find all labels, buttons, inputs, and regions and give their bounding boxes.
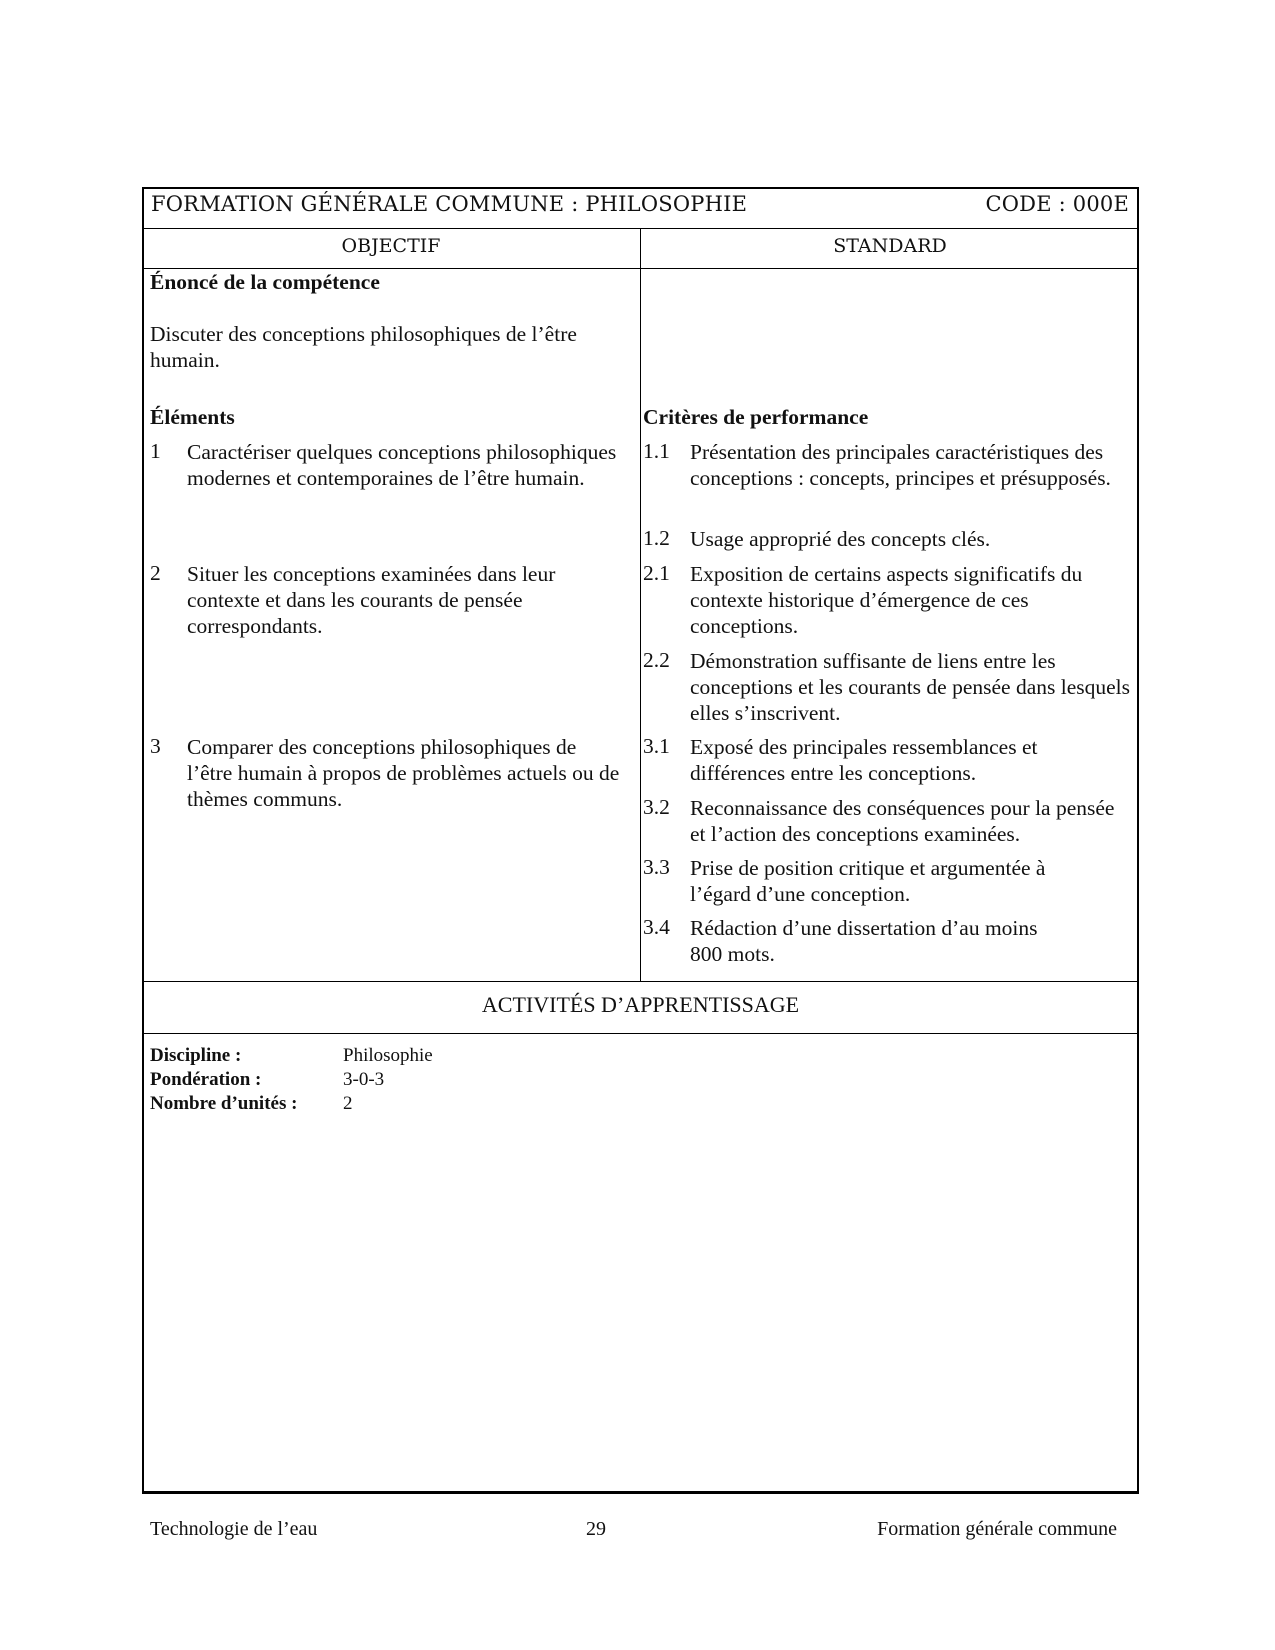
activites-title: ACTIVITÉS D’APPRENTISSAGE: [142, 992, 1139, 1018]
critere-text: Prise de position critique et argumentée…: [690, 855, 1110, 907]
meta-row-ponderation: Pondération :3-0-3: [150, 1068, 384, 1092]
critere-text: Rédaction d’une dissertation d’au moins …: [690, 915, 1075, 967]
divider-activities-top: [142, 981, 1139, 982]
element-number: 3: [150, 734, 161, 759]
meta-value: Philosophie: [343, 1045, 433, 1066]
critere-number: 3.3: [643, 855, 670, 880]
critere-text: Démonstration suffisante de liens entre …: [690, 648, 1130, 726]
critere-text: Présentation des principales caractérist…: [690, 439, 1130, 491]
course-code: CODE : 000E: [986, 192, 1130, 216]
competence-title: Énoncé de la compétence: [150, 270, 380, 295]
criteres-title: Critères de performance: [643, 405, 868, 430]
column-header-objectif: OBJECTIF: [142, 235, 640, 257]
critere-number: 3.2: [643, 795, 670, 820]
meta-label: Discipline :: [150, 1044, 343, 1068]
meta-row-discipline: Discipline :Philosophie: [150, 1044, 433, 1068]
element-text: Situer les conceptions examinées dans le…: [187, 561, 607, 639]
meta-label: Nombre d’unités :: [150, 1092, 343, 1116]
critere-text: Reconnaissance des conséquences pour la …: [690, 795, 1135, 847]
critere-number: 1.1: [643, 439, 670, 464]
elements-title: Éléments: [150, 405, 235, 430]
divider-vertical: [640, 228, 641, 982]
meta-value: 3-0-3: [343, 1069, 384, 1090]
critere-number: 2.2: [643, 648, 670, 673]
critere-number: 1.2: [643, 526, 670, 551]
footer-page-number: 29: [586, 1518, 606, 1541]
meta-row-unites: Nombre d’unités :2: [150, 1092, 353, 1116]
footer-section: Formation générale commune: [877, 1518, 1117, 1541]
element-text: Caractériser quelques conceptions philos…: [187, 439, 627, 491]
element-number: 1: [150, 439, 161, 464]
critere-number: 3.1: [643, 734, 670, 759]
divider-activities-bottom: [142, 1033, 1139, 1034]
column-header-standard: STANDARD: [641, 235, 1139, 257]
critere-text: Exposé des principales ressemblances et …: [690, 734, 1110, 786]
footer-program: Technologie de l’eau: [150, 1518, 317, 1541]
critere-text: Usage approprié des concepts clés.: [690, 526, 1130, 552]
critere-text: Exposition de certains aspects significa…: [690, 561, 1135, 639]
element-number: 2: [150, 561, 161, 586]
meta-value: 2: [343, 1093, 353, 1114]
element-text: Comparer des conceptions philosophiques …: [187, 734, 627, 812]
meta-label: Pondération :: [150, 1068, 343, 1092]
critere-number: 2.1: [643, 561, 670, 586]
page-title: FORMATION GÉNÉRALE COMMUNE : PHILOSOPHIE: [151, 192, 747, 216]
critere-number: 3.4: [643, 915, 670, 940]
competence-text: Discuter des conceptions philosophiques …: [150, 321, 620, 373]
